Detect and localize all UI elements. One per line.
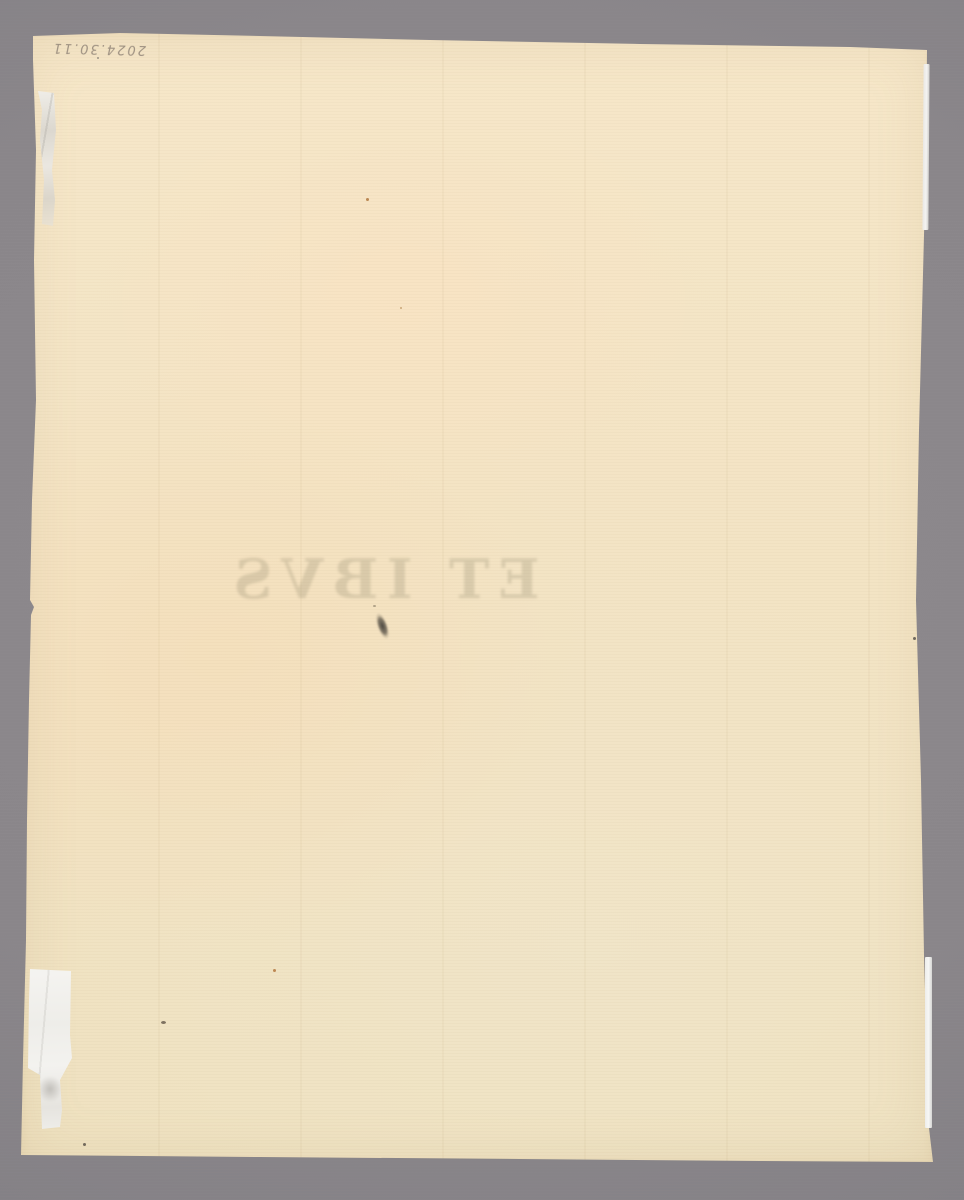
paper-speck: [161, 1021, 166, 1024]
paper-speck: [366, 198, 369, 201]
paper-speck: [400, 307, 402, 309]
show-through-text: ET IBVS: [222, 538, 542, 620]
right-edge-highlight-top: [922, 64, 929, 230]
right-edge-highlight-bottom: [925, 957, 932, 1128]
tape-pencil-smudge: [38, 1076, 62, 1102]
paper-speck: [273, 969, 276, 972]
accession-inscription: 2024.30.11: [58, 33, 147, 63]
paper-sheet: ET IBVS 2024.30.11: [18, 30, 936, 1168]
paper-speck: [83, 1143, 86, 1146]
paper-speck: [373, 605, 376, 607]
paper-speck: [97, 57, 99, 59]
paper-speck: [913, 637, 916, 640]
